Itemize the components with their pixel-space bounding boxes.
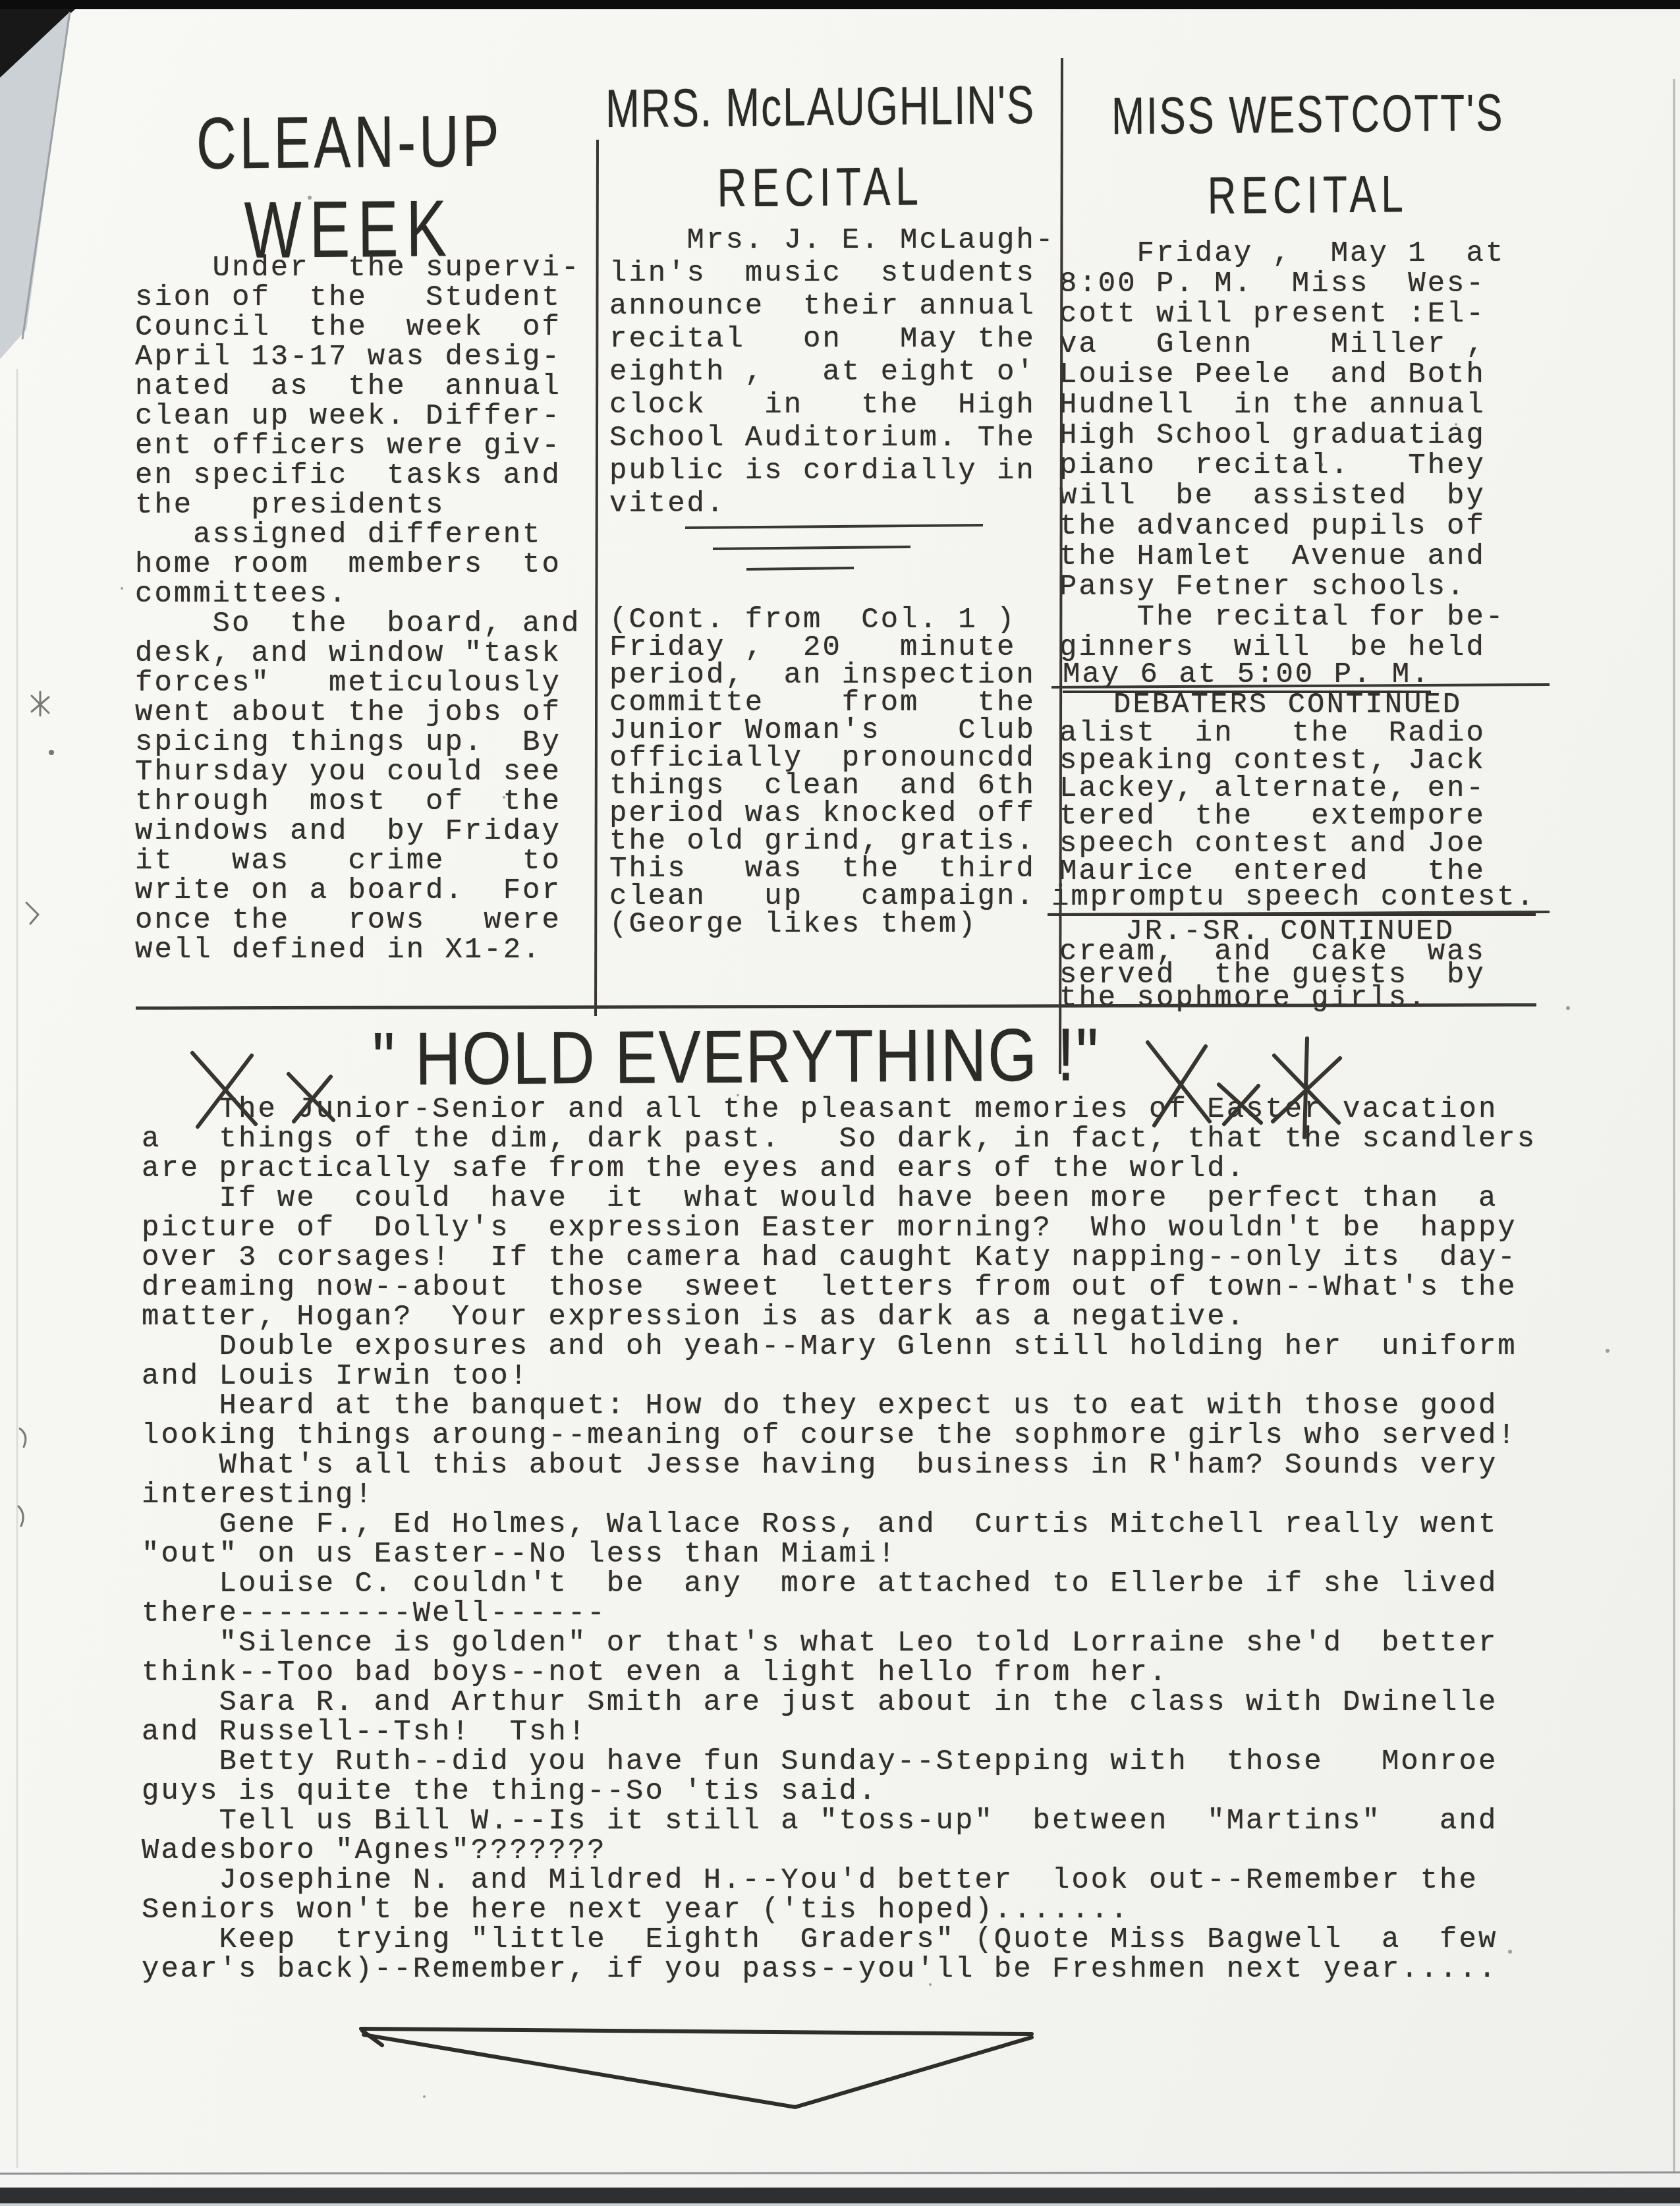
x-mark-icon — [1219, 1085, 1261, 1124]
doodle-v-shape — [364, 2035, 1032, 2107]
section-rule-above-feature — [136, 1005, 1536, 1008]
scan-bottom-sliver — [0, 2203, 1680, 2206]
col2-divider-line-2 — [713, 547, 910, 549]
x-mark-icon — [289, 1074, 333, 1121]
x-mark-icon — [1148, 1042, 1210, 1125]
column-divider-1 — [596, 140, 598, 1016]
asterisk-mark-icon — [1273, 1038, 1340, 1137]
check-mark — [26, 903, 38, 924]
doodle-top-line — [361, 2029, 1032, 2034]
margin-pen-marks — [18, 692, 54, 1526]
asterisk-mark-icon — [32, 692, 49, 716]
col3-rule-above-debaters — [1051, 685, 1550, 687]
col2-divider-line-1 — [685, 525, 983, 528]
scan-bottom-band — [0, 2188, 1680, 2203]
ink-dot — [49, 750, 54, 755]
squiggle-mark — [18, 1506, 23, 1526]
x-mark-icon — [192, 1053, 256, 1127]
scan-top-edge — [0, 0, 1680, 9]
ink-specks — [121, 120, 1610, 2098]
column-divider-2 — [1060, 58, 1062, 1074]
scan-artifacts-layer — [0, 0, 1680, 2206]
headline-pen-marks — [192, 1038, 1340, 1137]
scan-bottom-line — [0, 2172, 1680, 2174]
bottom-arrow-doodle — [361, 2029, 1032, 2107]
scanned-newspaper-page: CLEAN-UP WEEK Under the supervi- sion of… — [0, 0, 1680, 2206]
col2-divider-line-3 — [746, 568, 854, 569]
squiggle-mark — [20, 1428, 26, 1447]
col3-rule-above-jrsr — [1048, 912, 1550, 915]
layout-rules — [136, 58, 1550, 1074]
